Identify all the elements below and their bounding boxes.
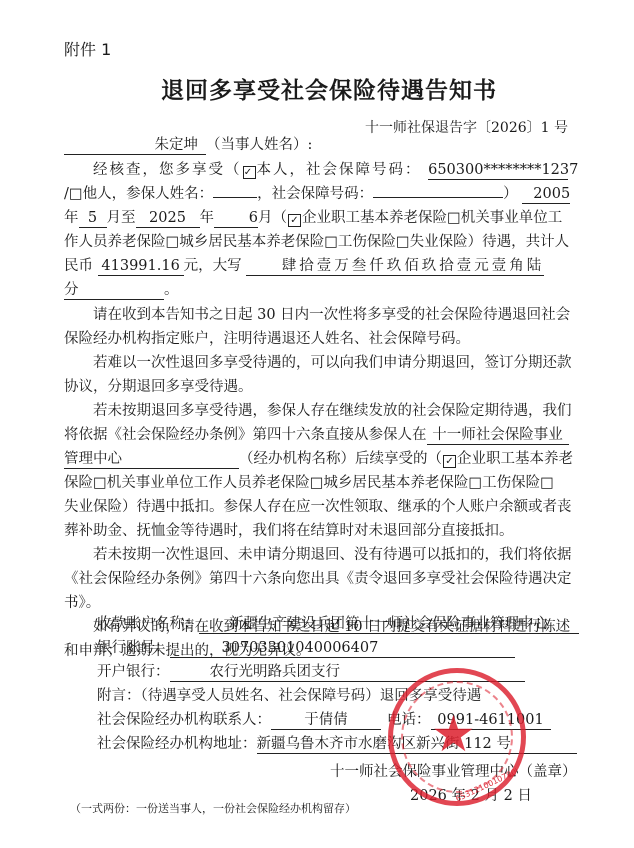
text: 企业职工基本养老保险□机关事业单位工 (302, 210, 562, 226)
amount-value: 413991.16 (98, 258, 184, 276)
para4-line6: 葬补助金、抚恤金等待遇时，我们将在结算时对未退回部分直接抵扣。 (64, 521, 514, 541)
recipient-name-label: （当事人姓名）: (206, 137, 312, 153)
attachment-label: 附件 1 (64, 37, 111, 60)
start-month: 5 (79, 210, 107, 228)
footer-note: （一式两份：一份送当事人，一份社会保险经办机构留存） (70, 800, 356, 816)
amount-in-words-cont: 分 (64, 282, 164, 300)
para5-line3: 书》。 (64, 593, 100, 613)
para3-line2: 协议，分期退回多享受待遇。 (64, 377, 253, 397)
text: （经办机构名称）后续享受的（ (239, 451, 442, 467)
text: 经核查，您多享受（ (93, 162, 242, 178)
para4-line4: 保险□机关事业单位工作人员养老保险□城乡居民基本养老保险□工伤保险□ (64, 473, 554, 493)
body-line-1: 经核查，您多享受（✓本人，社会保障号码： 650300********1237 (93, 160, 568, 180)
text: 企业职工基本养老 (457, 451, 573, 467)
contact-row: 社会保险经办机构联系人：于倩倩电话：0991-4611001 (97, 710, 551, 730)
signature-org: 十一师社会保险事业管理中心（盖章） (330, 762, 577, 782)
text: 民币 (64, 258, 93, 274)
body-line-4: 作人员养老保险□城乡居民基本养老保险□工伤保险□失业保险）待遇，共计人 (64, 232, 569, 252)
para4-line3: 管理中心（经办机构名称）后续享受的（✓企业职工基本养老 (64, 449, 573, 469)
start-year: 2005 (522, 186, 570, 204)
account-name-row: 收款账户名称：新疆生产建设兵团第十一师社会保险事业管理中心 (97, 614, 579, 634)
other-name-field (213, 197, 257, 198)
phone-label: 电话： (387, 712, 431, 728)
signature-date: 2026 年 2 月 2 日 (410, 786, 532, 806)
body-line-2: /□他人，参保人姓名：，社会保障号码：） 2005 (64, 184, 570, 204)
text: 。 (164, 282, 179, 298)
address-row: 社会保险经办机构地址：新疆乌鲁木齐市水磨沟区新兴街 112 号 (97, 734, 577, 754)
contact-name: 于倩倩 (271, 712, 381, 730)
text: ） (503, 186, 518, 202)
bank-name: 农行光明路兵团支行 (170, 664, 525, 682)
agency-name-cont: 管理中心 (64, 451, 239, 469)
recipient-name: 朱定坤 (64, 137, 206, 155)
end-year: 2025 (136, 210, 200, 228)
account-name: 新疆生产建设兵团第十一师社会保险事业管理中心 (199, 616, 579, 634)
contact-label: 社会保险经办机构联系人： (97, 712, 271, 728)
self-ssn: 650300********1237 (428, 162, 568, 180)
para5-line1: 若未按期一次性退回、未申请分期退回、没有待遇可以抵扣的，我们将依据 (93, 545, 572, 565)
agency-name: 十一师社会保险事业 (427, 427, 569, 445)
para5-line2: 《社会保险经办条例》第四十六条向您出具《责令退回多享受社会保险待遇决定 (64, 569, 572, 589)
notice-document: 附件 1 退回多享受社会保险待遇告知书 十一师社保退告字〔2026〕1 号 朱定… (0, 0, 634, 848)
text: 年 (200, 210, 215, 226)
para2-line1: 请在收到本告知书之日起 30 日内一次性将多享受的社会保险待遇退回社会 (93, 305, 570, 325)
checkbox-enterprise-pension-2[interactable]: ✓ (443, 455, 456, 468)
phone-number: 0991-4611001 (431, 712, 551, 730)
body-line-3: 年5月至2025年6月（✓企业职工基本养老保险□机关事业单位工 (64, 208, 562, 228)
account-no-row: 银行账号：30703301040006407 (97, 638, 515, 658)
text: 将依据《社会保险经办条例》第四十六条直接从参保人在 (64, 427, 427, 443)
para3-line1: 若难以一次性退回多享受待遇的，可以向我们申请分期退回，签订分期还款 (93, 353, 572, 373)
account-no-label: 银行账号： (97, 640, 170, 656)
para4-line2: 将依据《社会保险经办条例》第四十六条直接从参保人在十一师社会保险事业 (64, 425, 569, 445)
text: 月（ (258, 210, 287, 226)
account-no: 30703301040006407 (170, 640, 515, 658)
checkbox-self[interactable]: ✓ (243, 166, 256, 179)
para4-line5: 失业保险）待遇中抵扣。参保人存在应一次性领取、继承的个人账户余额或者丧 (64, 497, 572, 517)
document-number: 十一师社保退告字〔2026〕1 号 (365, 117, 568, 137)
document-title: 退回多享受社会保险待遇告知书 (0, 72, 634, 105)
text: /□他人，参保人姓名： (64, 186, 213, 202)
para4-line1: 若未按期退回多享受待遇，参保人存在继续发放的社会保险定期待遇，我们 (93, 401, 572, 421)
account-name-label: 收款账户名称： (97, 616, 199, 632)
text: 月至 (107, 210, 136, 226)
para2-line2: 保险经办机构指定账户，注明待遇退还人姓名、社会保障号码。 (64, 329, 470, 349)
agency-address: 新疆乌鲁木齐市水磨沟区新兴街 112 号 (257, 736, 577, 754)
text: 元，大写 (184, 258, 242, 274)
text: 本人，社会保障号码： (257, 162, 422, 178)
body-line-6: 分。 (64, 280, 179, 300)
note-row: 附言：（待遇享受人员姓名、社会保障号码）退回多享受待遇 (97, 686, 481, 706)
text: ，社会保障号码： (257, 186, 373, 202)
other-ssn-field (373, 197, 503, 198)
address-label: 社会保险经办机构地址： (97, 736, 257, 752)
bank-label: 开户银行： (97, 664, 170, 680)
text: 年 (64, 210, 79, 226)
end-month: 6 (214, 210, 258, 228)
bank-row: 开户银行：农行光明路兵团支行 (97, 662, 525, 682)
body-line-5: 民币 413991.16元，大写 肆拾壹万叁仟玖佰玖拾壹元壹角陆 (64, 256, 544, 276)
amount-in-words: 肆拾壹万叁仟玖佰玖拾壹元壹角陆 (246, 258, 544, 276)
checkbox-enterprise-pension[interactable]: ✓ (288, 214, 301, 227)
recipient-line: 朱定坤（当事人姓名）: (64, 135, 312, 155)
